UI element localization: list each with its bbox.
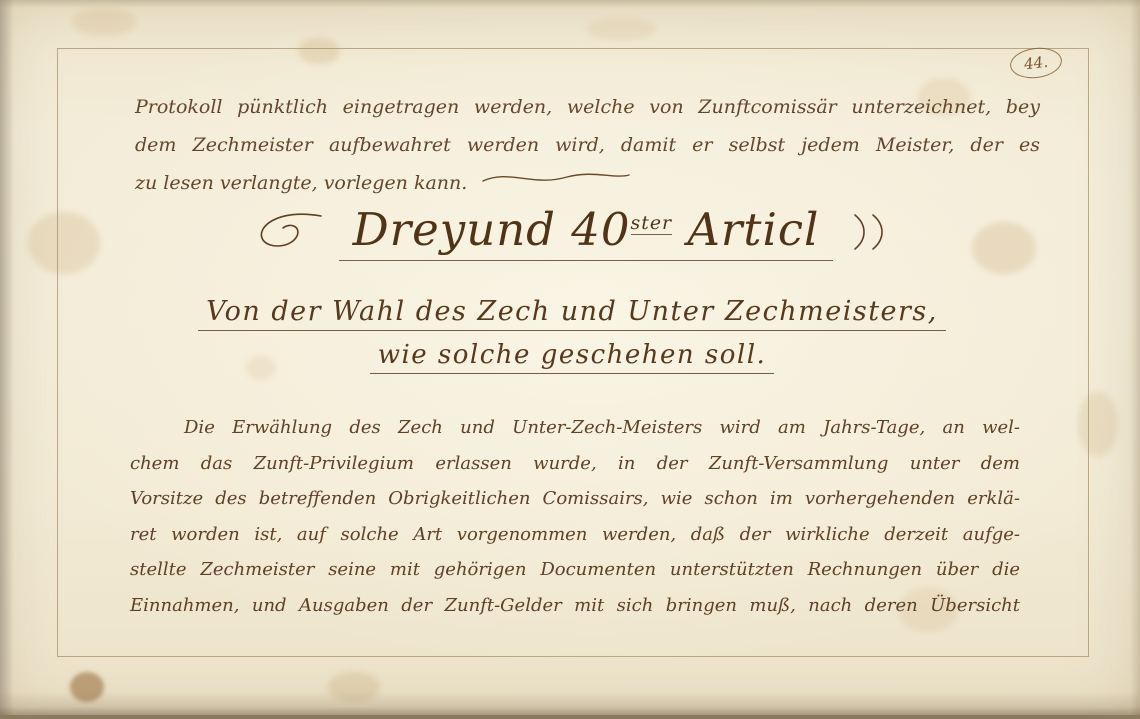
page-edge-top bbox=[0, 0, 1140, 8]
subtitle-line-1: Von der Wahl des Zech und Unter Zechmeis… bbox=[57, 296, 1087, 327]
body-line: Einnahmen, und Ausgaben der Zunft-Gelder… bbox=[130, 588, 1020, 624]
intro-line: Protokoll pünktlich eingetragen werden, … bbox=[135, 88, 1040, 126]
heading-suffix: Articl bbox=[672, 203, 819, 256]
body-line: Die Erwählung des Zech und Unter-Zech-Me… bbox=[130, 410, 1020, 446]
page-edge-right bbox=[1130, 0, 1140, 719]
body-line: chem das Zunft-Privilegium erlassen wurd… bbox=[130, 446, 1020, 482]
manuscript-page: 44. Protokoll pünktlich eingetragen werd… bbox=[0, 0, 1140, 719]
intro-line: zu lesen verlangte, vorlegen kann. bbox=[135, 164, 1040, 202]
foxing-spot bbox=[586, 18, 656, 40]
subtitle-text-2: wie solche geschehen soll. bbox=[370, 340, 775, 374]
pen-flourish-left-icon bbox=[251, 206, 325, 258]
page-edge-left bbox=[0, 0, 14, 719]
body-line: Vorsitze des betreffenden Obrigkeitliche… bbox=[130, 481, 1020, 517]
body-line: ret worden ist, auf solche Art vorgenomm… bbox=[130, 517, 1020, 553]
intro-line-text: zu lesen verlangte, vorlegen kann. bbox=[135, 164, 467, 202]
body-line: stellte Zechmeister seine mit gehörigen … bbox=[130, 552, 1020, 588]
pen-flourish-icon bbox=[481, 167, 631, 189]
subtitle-text-1: Von der Wahl des Zech und Unter Zechmeis… bbox=[198, 296, 946, 331]
pen-flourish-right-icon bbox=[847, 209, 893, 255]
body-paragraph: Die Erwählung des Zech und Unter-Zech-Me… bbox=[130, 410, 1020, 623]
heading-prefix: Dreyund 40 bbox=[353, 203, 631, 256]
subtitle-line-2: wie solche geschehen soll. bbox=[57, 340, 1087, 370]
page-edge-shadow bbox=[0, 715, 1140, 719]
page-number: 44. bbox=[1023, 53, 1049, 74]
foxing-spot bbox=[72, 8, 136, 36]
heading-superscript: ster bbox=[631, 212, 673, 235]
intro-paragraph: Protokoll pünktlich eingetragen werden, … bbox=[135, 88, 1040, 202]
intro-line: dem Zechmeister aufbewahret werden wird,… bbox=[135, 126, 1040, 164]
heading-text: Dreyund 40ster Articl bbox=[339, 203, 834, 261]
article-heading: Dreyund 40ster Articl bbox=[57, 203, 1087, 261]
